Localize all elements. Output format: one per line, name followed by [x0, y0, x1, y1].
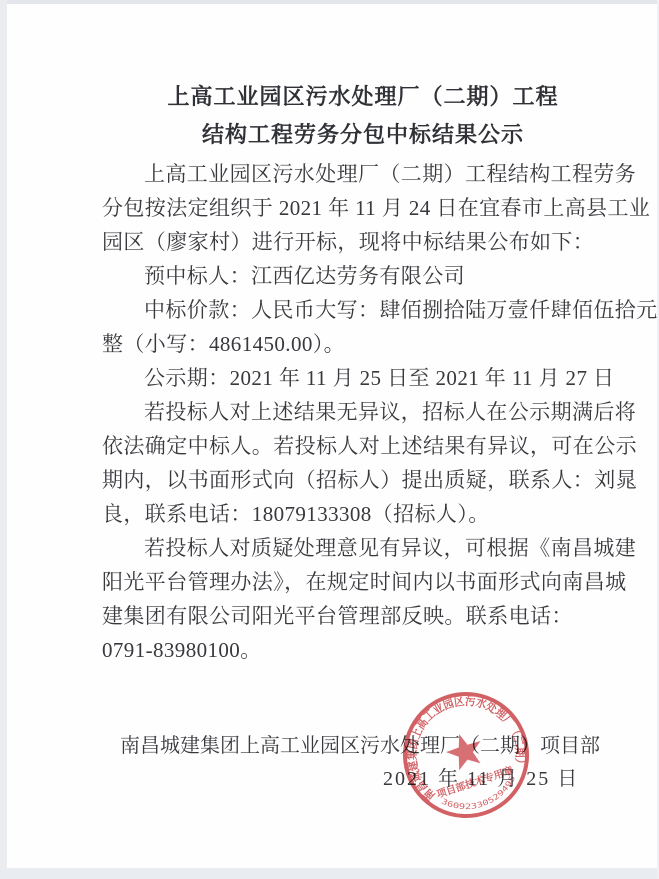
- body-line: 预中标人：江西亿达劳务有限公司: [102, 259, 624, 293]
- scanned-document-page: 上高工业园区污水处理厂（二期）工程 结构工程劳务分包中标结果公示 上高工业园区污…: [0, 0, 659, 879]
- body-line: 整（小写：4861450.00）。: [102, 327, 624, 361]
- document-title-line-2: 结构工程劳务分包中标结果公示: [102, 116, 624, 154]
- body-line: 中标价款：人民币大写：肆佰捌拾陆万壹仟肆佰伍拾元: [102, 293, 624, 327]
- body-line: 期内，以书面形式向（招标人）提出质疑，联系人：刘晁: [102, 463, 624, 497]
- body-line: 园区（廖家村）进行开标，现将中标结果公布如下：: [102, 225, 624, 259]
- document-body: 上高工业园区污水处理厂（二期）工程结构工程劳务分包按法定组织于 2021 年 1…: [102, 157, 624, 667]
- body-line: 0791-83980100。: [102, 633, 624, 667]
- page-edge-left: [0, 0, 7, 879]
- signature-date: 2021 年 11 月 25 日: [383, 766, 579, 792]
- body-line: 分包按法定组织于 2021 年 11 月 24 日在宜春市上高县工业: [102, 191, 624, 225]
- signature-organization: 南昌城建集团上高工业园区污水处理厂（二期）项目部: [120, 733, 600, 759]
- page-edge-top: [0, 0, 659, 4]
- body-line: 阳光平台管理办法》，在规定时间内以书面形式向南昌城: [102, 565, 624, 599]
- page-edge-bottom: [0, 868, 659, 879]
- body-line: 建集团有限公司阳光平台管理部反映。联系电话：: [102, 599, 624, 633]
- body-line: 良，联系电话：18079133308（招标人）。: [102, 497, 624, 531]
- document-content: 上高工业园区污水处理厂（二期）工程 结构工程劳务分包中标结果公示 上高工业园区污…: [102, 78, 624, 667]
- body-line: 若投标人对质疑处理意见有异议，可根据《南昌城建: [102, 531, 624, 565]
- body-line: 上高工业园区污水处理厂（二期）工程结构工程劳务: [102, 157, 624, 191]
- body-line: 公示期：2021 年 11 月 25 日至 2021 年 11 月 27 日: [102, 361, 624, 395]
- body-line: 依法确定中标人。若投标人对上述结果有异议，可在公示: [102, 429, 624, 463]
- document-title-line-1: 上高工业园区污水处理厂（二期）工程: [102, 78, 624, 116]
- body-line: 若投标人对上述结果无异议，招标人在公示期满后将: [102, 395, 624, 429]
